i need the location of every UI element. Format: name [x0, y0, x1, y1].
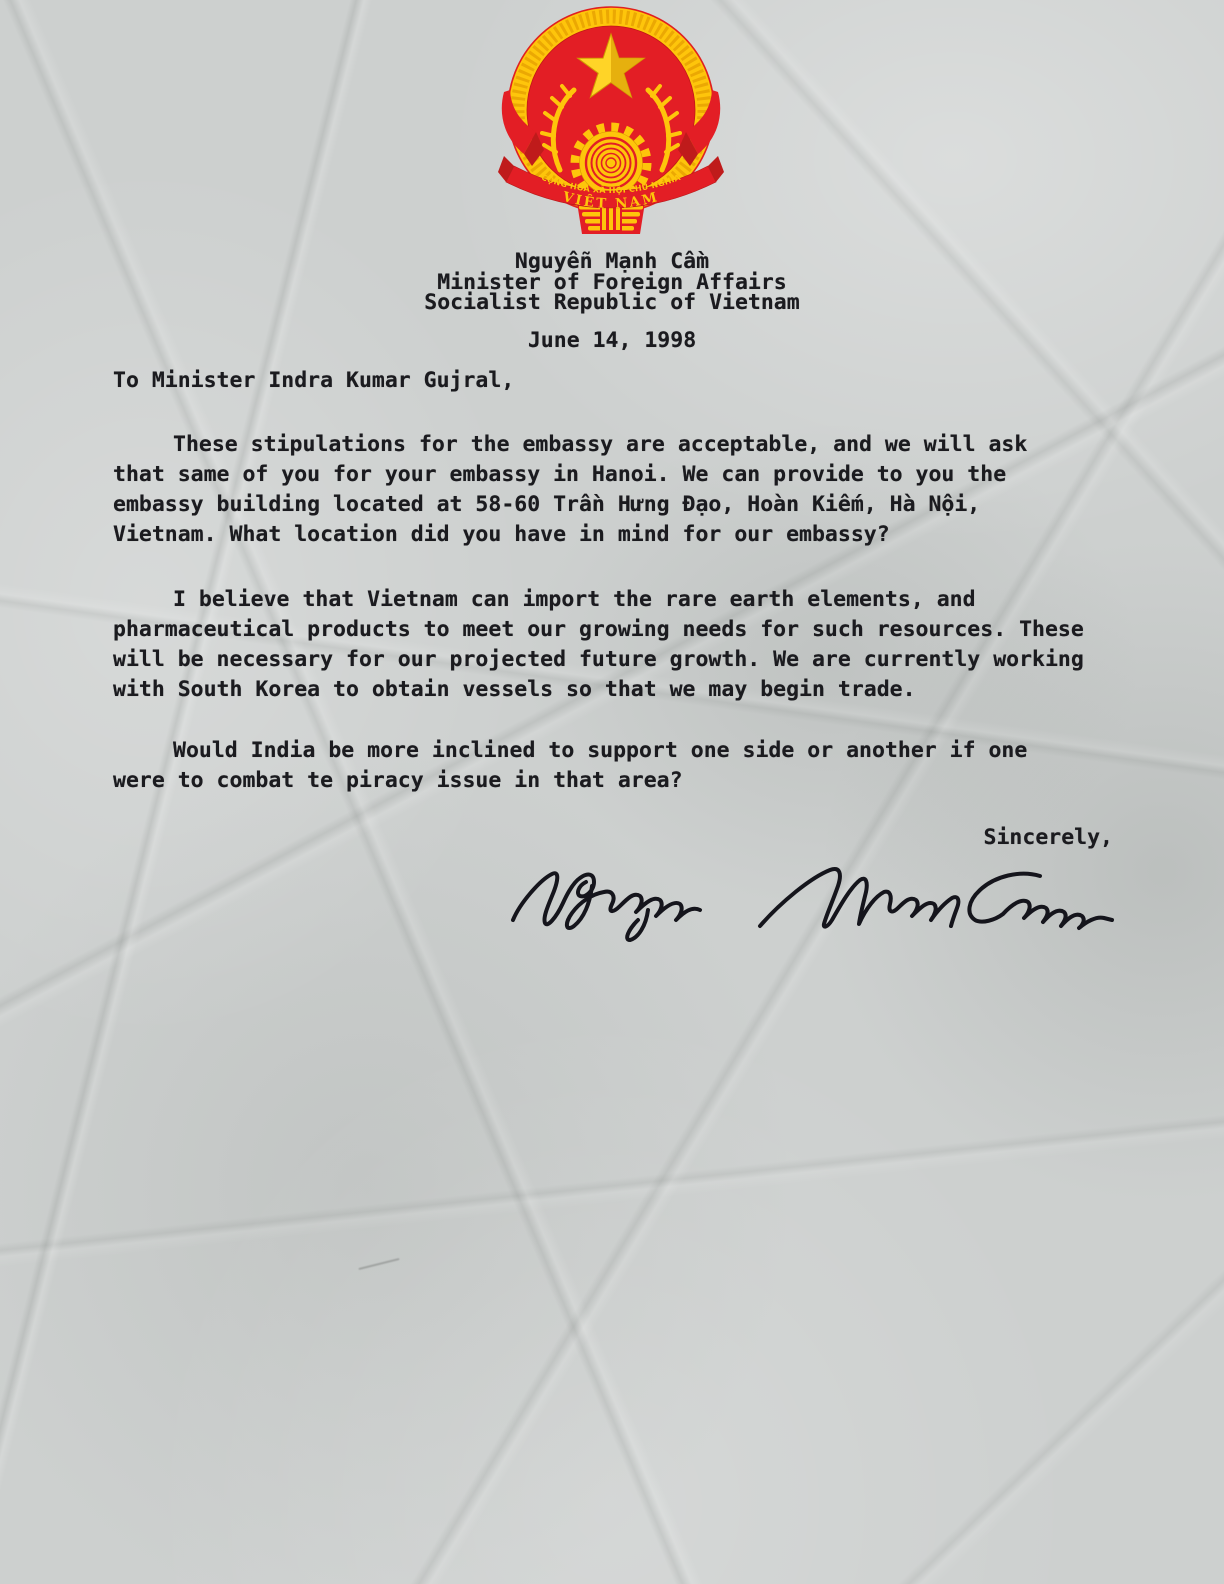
salutation: To Minister Indra Kumar Gujral,	[113, 366, 514, 396]
sender-org: Socialist Republic of Vietnam	[0, 293, 1224, 314]
signature: Nguyen Manh Cam	[500, 858, 1120, 950]
vietnam-coat-of-arms: CỘNG HÒA XÃ HỘI CHỦ NGHĨA VIỆT NAM	[498, 4, 724, 238]
paragraph-2: I believe that Vietnam can import the ra…	[113, 585, 1143, 705]
closing: Sincerely,	[984, 823, 1113, 853]
signature-strokes	[513, 869, 1112, 940]
paragraph-3: Would India be more inclined to support …	[113, 736, 1143, 796]
paragraph-1: These stipulations for the embassy are a…	[113, 430, 1143, 550]
letter-page: CỘNG HÒA XÃ HỘI CHỦ NGHĨA VIỆT NAM Nguyễ…	[0, 0, 1224, 1584]
letter-date: June 14, 1998	[0, 326, 1224, 356]
paper-crease-mark	[358, 1258, 399, 1270]
letterhead: Nguyễn Mạnh Cầm Minister of Foreign Affa…	[0, 252, 1224, 314]
